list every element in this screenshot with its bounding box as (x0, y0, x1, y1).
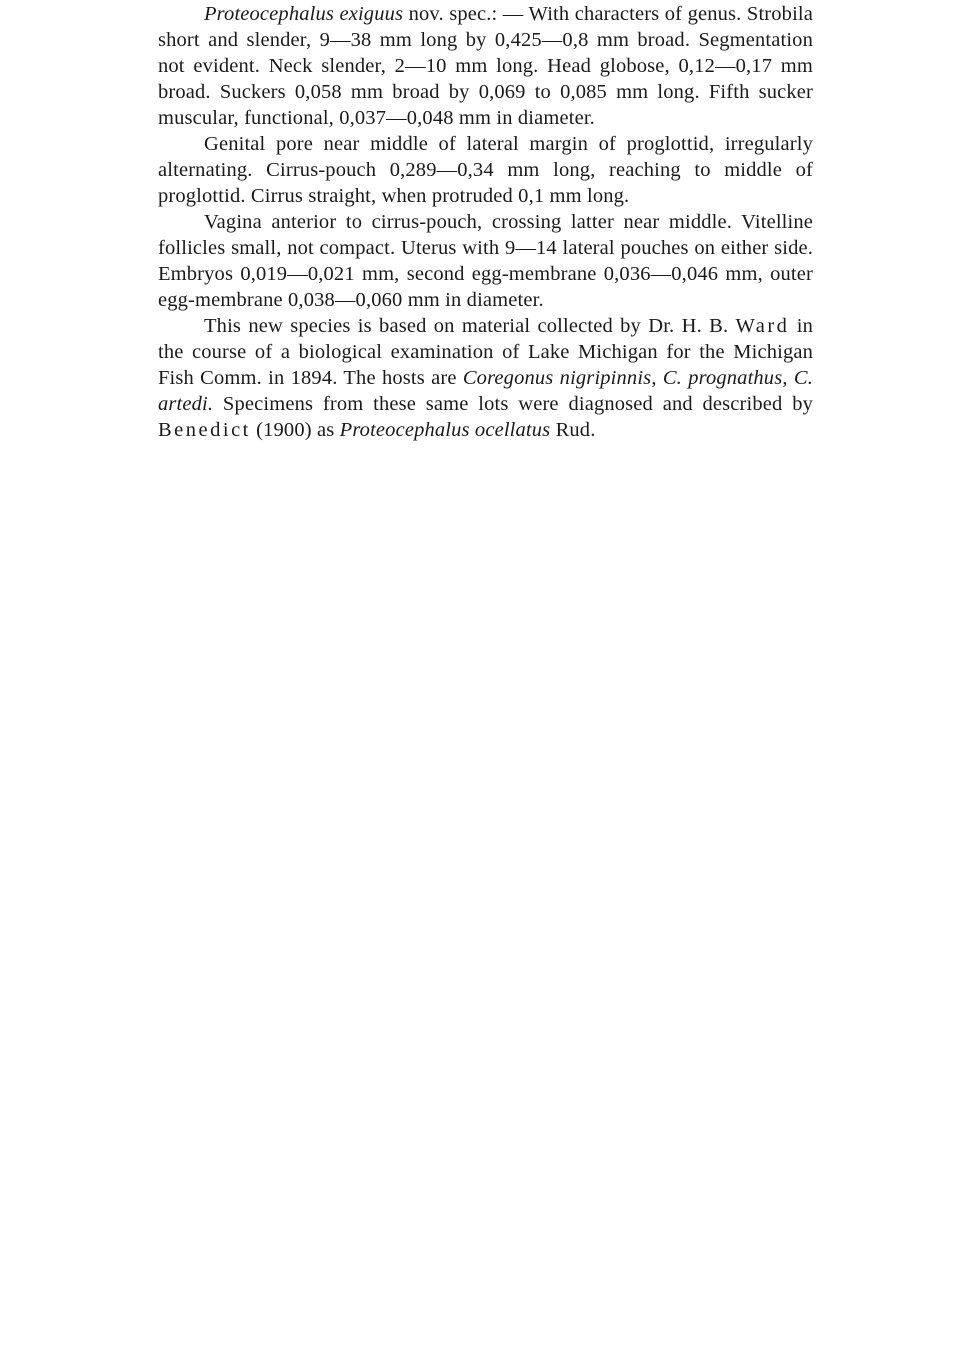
species-name: Proteocephalus ocellatus (340, 419, 551, 441)
paragraph-text: (1900) as (251, 419, 340, 441)
paragraph-material-hosts: This new species is based on material co… (158, 313, 813, 443)
paragraph-vagina: Vagina anterior to cirrus-pouch, crossin… (158, 209, 813, 313)
punctuation: , (651, 367, 663, 389)
host-species-name: Coregonus nigripinnis (463, 367, 651, 389)
host-species-name: C. prognathus (663, 367, 783, 389)
species-name: Proteocephalus exiguus (204, 3, 403, 25)
author-name-ward: Ward (736, 315, 790, 337)
paragraph-text: This new species is based on material co… (204, 315, 736, 337)
paragraph-text: Rud. (550, 419, 595, 441)
paragraph-species-description: Proteocephalus exiguus nov. spec.: — Wit… (158, 1, 813, 131)
document-page: Proteocephalus exiguus nov. spec.: — Wit… (158, 1, 813, 443)
author-name-benedict: Benedict (158, 419, 251, 441)
paragraph-text: Vagina anterior to cirrus-pouch, crossin… (158, 211, 813, 311)
paragraph-genital-pore: Genital pore near middle of lateral marg… (158, 131, 813, 209)
paragraph-text: Specimens from these same lots were diag… (213, 393, 813, 415)
punctuation: , (782, 367, 794, 389)
paragraph-text: Genital pore near middle of lateral marg… (158, 133, 813, 207)
